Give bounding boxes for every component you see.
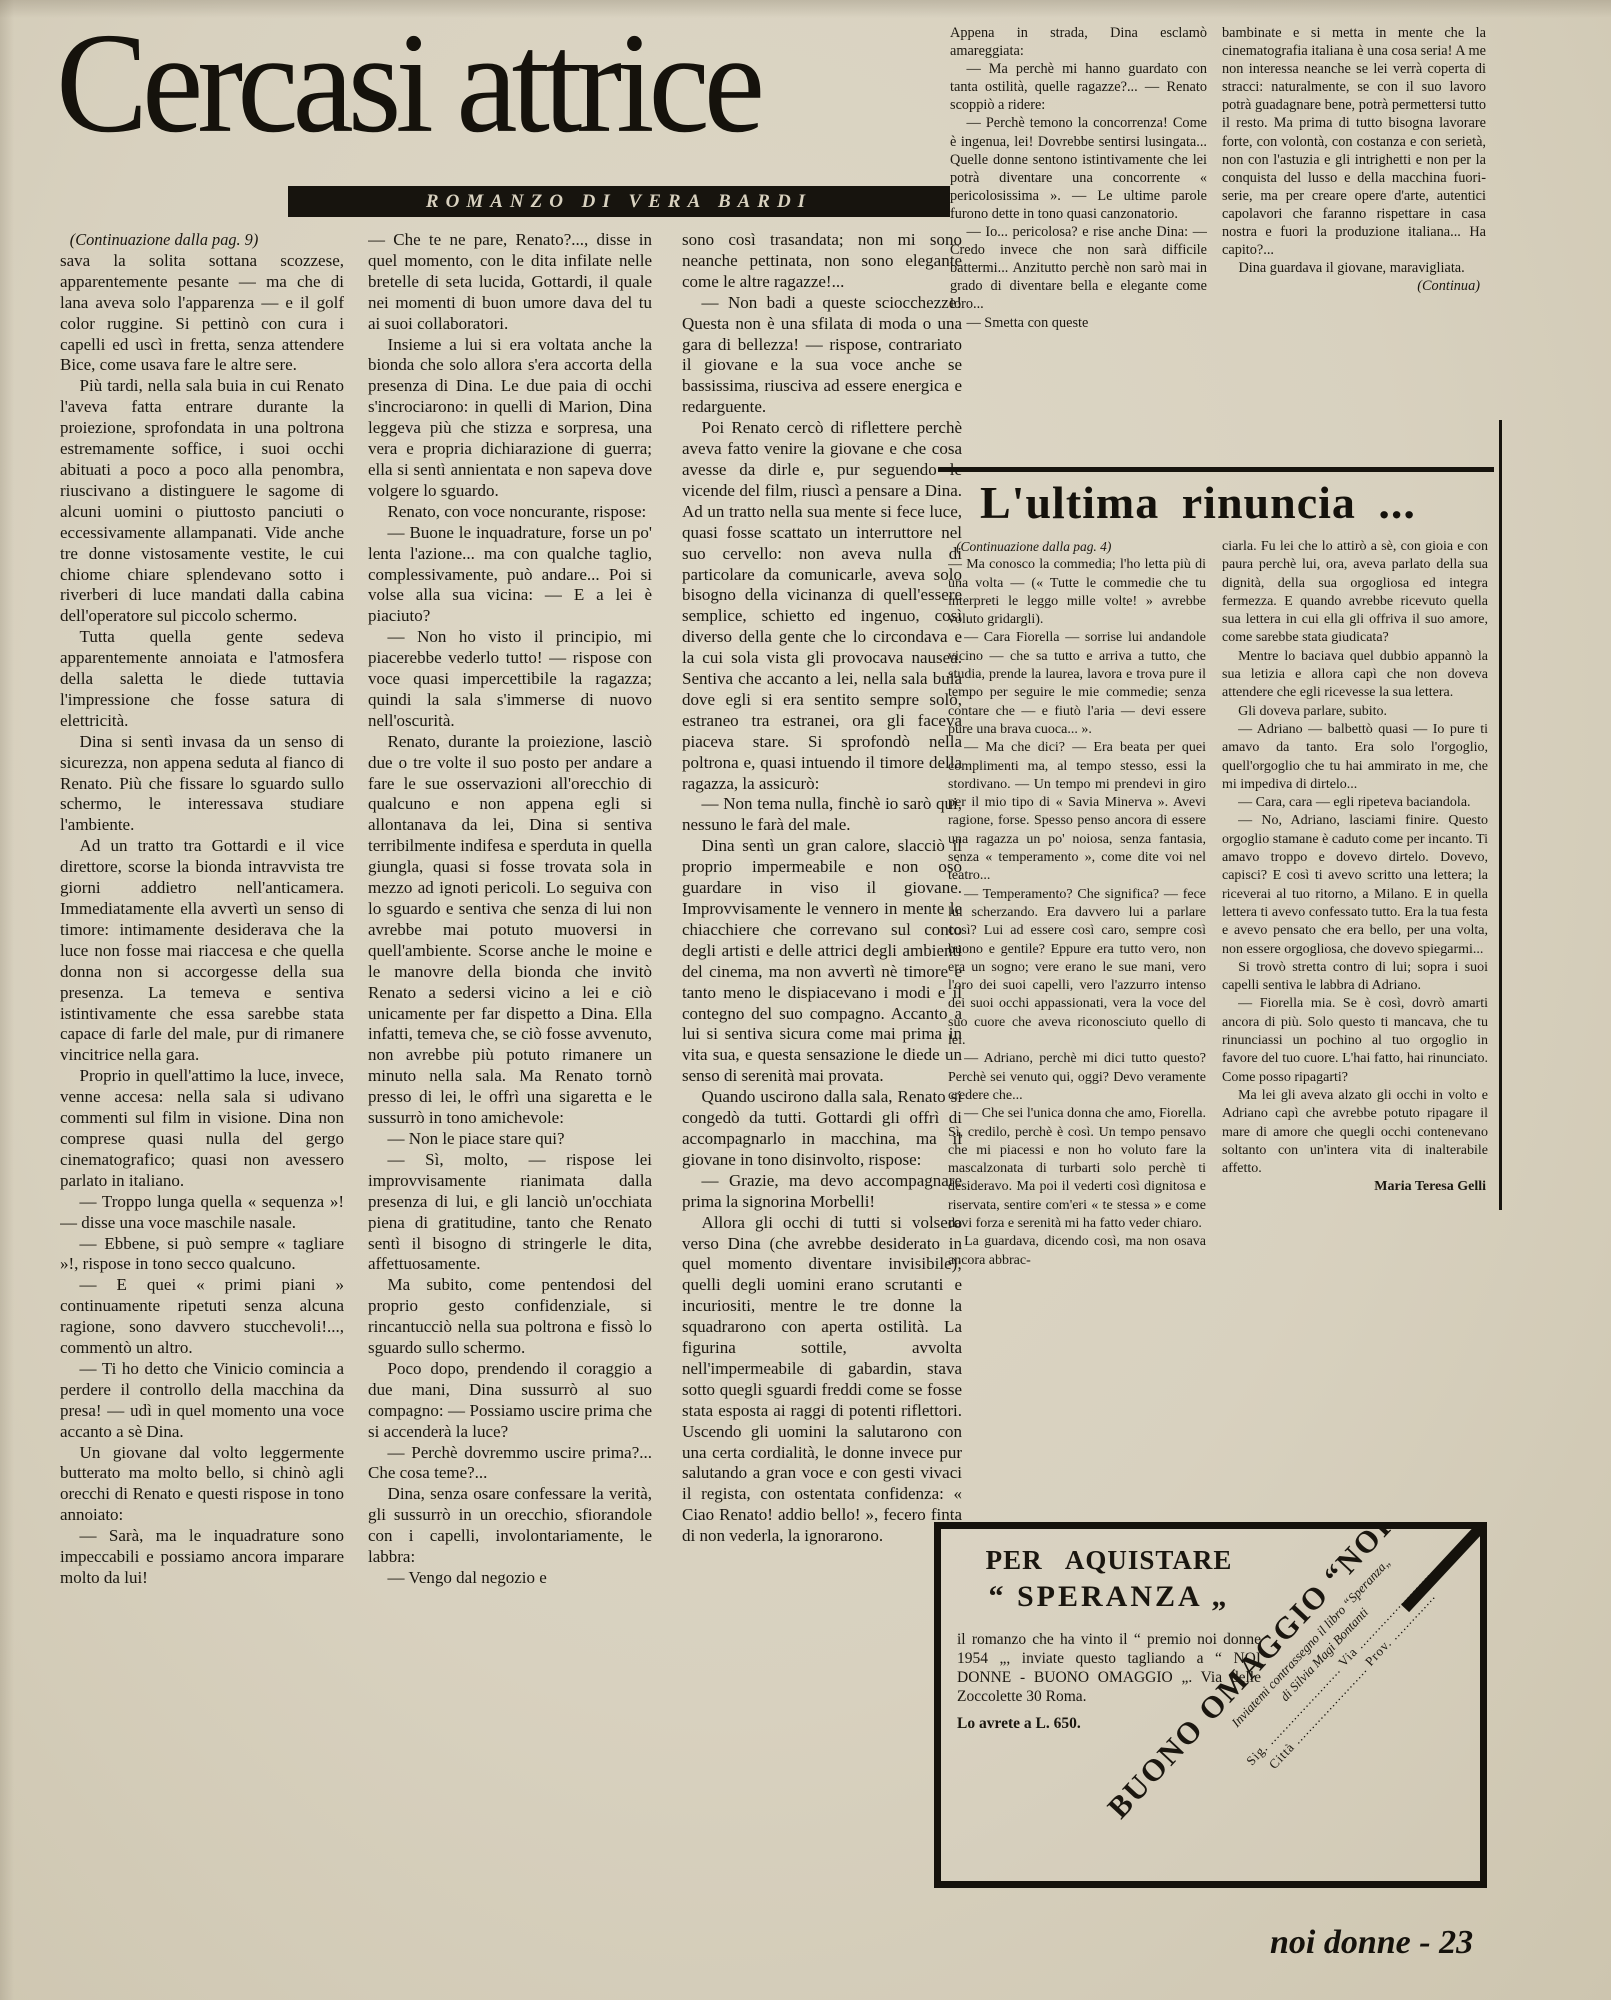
paragraph: Gli doveva parlare, subito. <box>1222 703 1488 721</box>
paragraph: (Continuazione dalla pag. 4) <box>948 538 1206 556</box>
paragraph: ciarla. Fu lei che lo attirò a sè, con g… <box>1222 538 1488 648</box>
page-footer: noi donne - 23 <box>1270 1924 1500 1962</box>
article1-column-4: Appena in strada, Dina esclamò amareggia… <box>950 24 1207 472</box>
paragraph: — Non tema nulla, finchè io sarò qui, ne… <box>682 794 962 836</box>
ad-book-title: “ SPERANZA „ <box>957 1580 1261 1614</box>
paragraph: — Sarà, ma le inquadrature sono impeccab… <box>60 1526 344 1589</box>
section-divider-rule <box>938 467 1494 472</box>
paragraph: La guardava, dicendo così, ma non osava … <box>948 1233 1206 1270</box>
paragraph: (Continua) <box>1222 277 1486 295</box>
paragraph: Dina sentì un gran calore, slacciò il pr… <box>682 836 962 1087</box>
article1-column-2: — Che te ne pare, Renato?..., disse in q… <box>368 230 652 1918</box>
paragraph: — Perchè dovremmo uscire prima?... Che c… <box>368 1443 652 1485</box>
paragraph: Un giovane dal volto leggermente buttera… <box>60 1443 344 1527</box>
paragraph: — Cara Fiorella — sorrise lui andandole … <box>948 629 1206 739</box>
coupon-ad-box: PER AQUISTARE “ SPERANZA „ il romanzo ch… <box>934 1522 1487 1888</box>
paragraph: — Grazie, ma devo accompagnare prima la … <box>682 1171 962 1213</box>
paragraph: — Perchè temono la concorrenza! Come è i… <box>950 114 1207 223</box>
magazine-page: Cercasi attrice ROMANZO DI VERA BARDI (C… <box>0 0 1611 2000</box>
article2-column-2: ciarla. Fu lei che lo attirò a sè, con g… <box>1222 538 1488 1516</box>
article1-column-3: sono così trasandata; non mi sono neanch… <box>682 230 962 1924</box>
paragraph: Insieme a lui si era voltata anche la bi… <box>368 335 652 502</box>
paragraph: — Non badi a queste sciocchezze! Questa … <box>682 293 962 418</box>
paragraph: Appena in strada, Dina esclamò amareggia… <box>950 24 1207 60</box>
paragraph: — Cara, cara — egli ripeteva baciandola. <box>1222 794 1488 812</box>
paragraph: Tutta quella gente sedeva apparentemente… <box>60 627 344 732</box>
article2-column-1: (Continuazione dalla pag. 4)— Ma conosco… <box>948 538 1206 1516</box>
paragraph: Più tardi, nella sala buia in cui Renato… <box>60 376 344 627</box>
paragraph: — Non ho visto il principio, mi piacereb… <box>368 627 652 732</box>
article2-title: L'ultima rinuncia ... <box>980 476 1494 530</box>
paragraph: — Buone le inquadrature, forse un po' le… <box>368 523 652 628</box>
paragraph: Allora gli occhi di tutti si volsero ver… <box>682 1213 962 1548</box>
paragraph: Quando uscirono dalla sala, Renato si co… <box>682 1087 962 1171</box>
paragraph: Dina si sentì invasa da un senso di sicu… <box>60 732 344 837</box>
paragraph: — Ti ho detto che Vinicio comincia a per… <box>60 1359 344 1443</box>
paragraph: Ad un tratto tra Gottardi e il vice dire… <box>60 836 344 1066</box>
paragraph: Ma lei gli aveva alzato gli occhi in vol… <box>1222 1087 1488 1178</box>
paragraph: Proprio in quell'attimo la luce, invece,… <box>60 1066 344 1191</box>
paragraph: — Non le piace stare qui? <box>368 1129 652 1150</box>
paragraph: — Fiorella mia. Se è così, dovrò amarti … <box>1222 995 1488 1086</box>
paragraph: — Che te ne pare, Renato?..., disse in q… <box>368 230 652 335</box>
article1-column-1: (Continuazione dalla pag. 9)sava la soli… <box>60 230 344 1918</box>
paragraph: bambinate e si metta in mente che la cin… <box>1222 24 1486 259</box>
paragraph: Maria Teresa Gelli <box>1222 1178 1488 1196</box>
paragraph: — Smetta con queste <box>950 314 1207 332</box>
paragraph: Renato, con voce noncurante, rispose: <box>368 502 652 523</box>
right-column-rule <box>1499 420 1502 1210</box>
byline-bar: ROMANZO DI VERA BARDI <box>288 186 950 217</box>
article1-column-5: bambinate e si metta in mente che la cin… <box>1222 24 1486 472</box>
paragraph: — Che sei l'unica donna che amo, Fiorell… <box>948 1105 1206 1233</box>
paragraph: — Ebbene, si può sempre « tagliare »!, r… <box>60 1234 344 1276</box>
paragraph: Ma subito, come pentendosi del proprio g… <box>368 1275 652 1359</box>
paragraph: — Temperamento? Che significa? — fece lu… <box>948 886 1206 1051</box>
paragraph: — Io... pericolosa? e rise anche Dina: —… <box>950 223 1207 313</box>
paragraph: — Ma che dici? — Era beata per quei comp… <box>948 739 1206 885</box>
byline-label: ROMANZO DI VERA BARDI <box>426 191 812 213</box>
paragraph: sava la solita sottana scozzese, apparen… <box>60 251 344 376</box>
paragraph: — Ma conosco la commedia; l'ho letta più… <box>948 556 1206 629</box>
paragraph: Mentre lo baciava quel dubbio appannò la… <box>1222 648 1488 703</box>
paragraph: Dina guardava il giovane, maravigliata. <box>1222 259 1486 277</box>
paragraph: — Ma perchè mi hanno guardato con tanta … <box>950 60 1207 114</box>
paragraph: Dina, senza osare confessare la verità, … <box>368 1484 652 1568</box>
ad-heading: PER AQUISTARE <box>957 1545 1261 1576</box>
paragraph: — E quei « primi piani » continuamente r… <box>60 1275 344 1359</box>
paragraph: — No, Adriano, lasciami finire. Questo o… <box>1222 812 1488 958</box>
paragraph: — Vengo dal negozio e <box>368 1568 652 1589</box>
paragraph: — Sì, molto, — rispose lei improvvisamen… <box>368 1150 652 1275</box>
paragraph: sono così trasandata; non mi sono neanch… <box>682 230 962 293</box>
paragraph: — Adriano, perchè mi dici tutto questo? … <box>948 1050 1206 1105</box>
paragraph: — Adriano — balbettò quasi — Io pure ti … <box>1222 721 1488 794</box>
paragraph: Renato, durante la proiezione, lasciò du… <box>368 732 652 1129</box>
paragraph: Si trovò stretta contro di lui; sopra i … <box>1222 959 1488 996</box>
paragraph: (Continuazione dalla pag. 9) <box>60 230 344 251</box>
article1-title: Cercasi attrice <box>56 4 961 191</box>
paragraph: Poi Renato cercò di riflettere perchè av… <box>682 418 962 794</box>
paragraph: Poco dopo, prendendo il coraggio a due m… <box>368 1359 652 1443</box>
paragraph: — Troppo lunga quella « sequenza »! — di… <box>60 1192 344 1234</box>
